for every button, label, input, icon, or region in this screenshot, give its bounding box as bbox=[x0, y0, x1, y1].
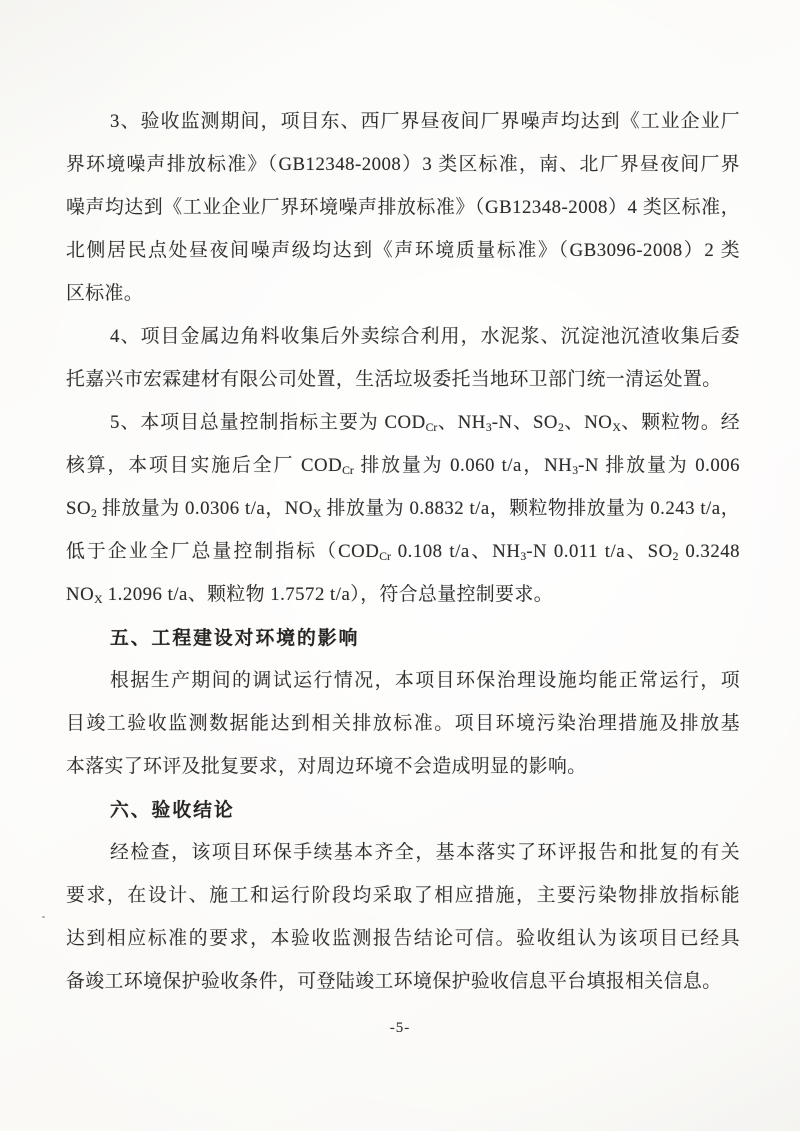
subscript-segment: Cr bbox=[426, 421, 438, 434]
text-segment: 本落实了环评及批复要求，对周边环境不会造成明显的影响。 bbox=[66, 756, 587, 777]
text-line: 低于企业全厂总量控制指标（CODCr 0.108 t/a、NH3-N 0.011… bbox=[66, 530, 740, 573]
text-line: 备竣工环境保护验收条件，可登陆竣工环境保护验收信息平台填报相关信息。 bbox=[66, 960, 740, 1003]
text-segment: 界环境噪声排放标准》（GB12348-2008）3 类区标准，南、北厂界昼夜间厂… bbox=[66, 154, 740, 175]
text-segment: 托嘉兴市宏霖建材有限公司处置，生活垃圾委托当地环卫部门统一清运处置。 bbox=[66, 369, 722, 390]
text-segment: 噪声均达到《工业企业厂界环境噪声排放标准》（GB12348-2008）4 类区标… bbox=[66, 197, 740, 218]
text-segment: 区标准。 bbox=[66, 283, 143, 304]
text-line: 3、验收监测期间，项目东、西厂界昼夜间厂界噪声均达到《工业企业厂 bbox=[66, 100, 740, 143]
text-line: 核算，本项目实施后全厂 CODCr 排放量为 0.060 t/a，NH3-N 排… bbox=[66, 444, 740, 487]
text-segment: 北侧居民点处昼夜间噪声级均达到《声环境质量标准》（GB3096-2008）2 类 bbox=[66, 240, 740, 261]
text-segment: 达到相应标准的要求，本验收监测报告结论可信。验收组认为该项目已经具 bbox=[66, 928, 740, 949]
text-line: 北侧居民点处昼夜间噪声级均达到《声环境质量标准》（GB3096-2008）2 类 bbox=[66, 229, 740, 272]
text-segment: 低于企业全厂总量控制指标（COD bbox=[66, 541, 379, 562]
paragraph-solid-waste: 4、项目金属边角料收集后外卖综合利用，水泥浆、沉淀池沉渣收集后委托嘉兴市宏霖建材… bbox=[66, 315, 740, 401]
text-line: 托嘉兴市宏霖建材有限公司处置，生活垃圾委托当地环卫部门统一清运处置。 bbox=[66, 358, 740, 401]
section-heading-five: 五、工程建设对环境的影响 bbox=[66, 616, 740, 659]
text-segment: 5、本项目总量控制指标主要为 COD bbox=[110, 412, 426, 433]
document-body: 3、验收监测期间，项目东、西厂界昼夜间厂界噪声均达到《工业企业厂界环境噪声排放标… bbox=[66, 100, 740, 1003]
subscript-segment: X bbox=[612, 421, 620, 434]
text-line: 根据生产期间的调试运行情况，本项目环保治理设施均能正常运行，项 bbox=[66, 659, 740, 702]
subscript-segment: Cr bbox=[379, 550, 391, 563]
text-line: 本落实了环评及批复要求，对周边环境不会造成明显的影响。 bbox=[66, 745, 740, 788]
scanned-document-page: 3、验收监测期间，项目东、西厂界昼夜间厂界噪声均达到《工业企业厂界环境噪声排放标… bbox=[0, 0, 800, 1131]
text-segment: NO bbox=[66, 584, 94, 605]
text-segment: 经检查，该项目环保手续基本齐全，基本落实了环评报告和批复的有关 bbox=[110, 842, 740, 863]
text-segment: 3、验收监测期间，项目东、西厂界昼夜间厂界噪声均达到《工业企业厂 bbox=[110, 111, 740, 132]
text-line: 要求，在设计、施工和运行阶段均采取了相应措施，主要污染物排放指标能 bbox=[66, 874, 740, 917]
text-segment: SO bbox=[66, 498, 91, 519]
text-line: 界环境噪声排放标准》（GB12348-2008）3 类区标准，南、北厂界昼夜间厂… bbox=[66, 143, 740, 186]
text-segment: 排放量为 0.0306 t/a，NO bbox=[97, 498, 313, 519]
text-line: 区标准。 bbox=[66, 272, 740, 315]
page-number: -5- bbox=[0, 1020, 800, 1037]
paragraph-noise-acceptance: 3、验收监测期间，项目东、西厂界昼夜间厂界噪声均达到《工业企业厂界环境噪声排放标… bbox=[66, 100, 740, 315]
text-line: 达到相应标准的要求，本验收监测报告结论可信。验收组认为该项目已经具 bbox=[66, 917, 740, 960]
text-segment: 、NO bbox=[564, 412, 613, 433]
paragraph-acceptance-conclusion: 经检查，该项目环保手续基本齐全，基本落实了环评报告和批复的有关要求，在设计、施工… bbox=[66, 831, 740, 1003]
text-segment: 六、验收结论 bbox=[110, 799, 235, 820]
text-segment: 要求，在设计、施工和运行阶段均采取了相应措施，主要污染物排放指标能 bbox=[66, 885, 740, 906]
subscript-segment: X bbox=[94, 593, 102, 606]
scan-artifact-speck bbox=[42, 916, 45, 918]
paragraph-environmental-impact: 根据生产期间的调试运行情况，本项目环保治理设施均能正常运行，项目竣工验收监测数据… bbox=[66, 659, 740, 788]
paragraph-total-quantity-control: 5、本项目总量控制指标主要为 CODCr、NH3-N、SO2、NOX、颗粒物。经… bbox=[66, 401, 740, 616]
text-segment: 排放量为 0.8832 t/a，颗粒物排放量为 0.243 t/a， bbox=[321, 498, 740, 519]
text-line: 五、工程建设对环境的影响 bbox=[66, 616, 740, 659]
text-segment: 目竣工验收监测数据能达到相关排放标准。项目环境污染治理措施及排放基 bbox=[66, 713, 740, 734]
text-segment: 、NH bbox=[437, 412, 486, 433]
text-segment: 、颗粒物。经 bbox=[621, 412, 740, 433]
text-line: 六、验收结论 bbox=[66, 788, 740, 831]
text-line: 4、项目金属边角料收集后外卖综合利用，水泥浆、沉淀池沉渣收集后委 bbox=[66, 315, 740, 358]
text-segment: 根据生产期间的调试运行情况，本项目环保治理设施均能正常运行，项 bbox=[110, 670, 740, 691]
text-line: 目竣工验收监测数据能达到相关排放标准。项目环境污染治理措施及排放基 bbox=[66, 702, 740, 745]
text-segment: 备竣工环境保护验收条件，可登陆竣工环境保护验收信息平台填报相关信息。 bbox=[66, 971, 722, 992]
text-line: 噪声均达到《工业企业厂界环境噪声排放标准》（GB12348-2008）4 类区标… bbox=[66, 186, 740, 229]
text-line: 经检查，该项目环保手续基本齐全，基本落实了环评报告和批复的有关 bbox=[66, 831, 740, 874]
text-line: 5、本项目总量控制指标主要为 CODCr、NH3-N、SO2、NOX、颗粒物。经 bbox=[66, 401, 740, 444]
subscript-segment: Cr bbox=[342, 464, 354, 477]
text-segment: 4、项目金属边角料收集后外卖综合利用，水泥浆、沉淀池沉渣收集后委 bbox=[110, 326, 740, 347]
text-segment: 0.108 t/a、NH bbox=[391, 541, 520, 562]
text-segment: 五、工程建设对环境的影响 bbox=[110, 627, 359, 648]
text-segment: 排放量为 0.060 t/a，NH bbox=[354, 455, 572, 476]
text-line: NOX 1.2096 t/a、颗粒物 1.7572 t/a），符合总量控制要求。 bbox=[66, 573, 740, 616]
text-segment: 核算，本项目实施后全厂 COD bbox=[66, 455, 342, 476]
text-segment: 1.2096 t/a、颗粒物 1.7572 t/a），符合总量控制要求。 bbox=[103, 584, 553, 605]
text-line: SO2 排放量为 0.0306 t/a，NOX 排放量为 0.8832 t/a，… bbox=[66, 487, 740, 530]
text-segment: -N 0.011 t/a、SO bbox=[526, 541, 672, 562]
text-segment: -N、SO bbox=[492, 412, 558, 433]
section-heading-six: 六、验收结论 bbox=[66, 788, 740, 831]
